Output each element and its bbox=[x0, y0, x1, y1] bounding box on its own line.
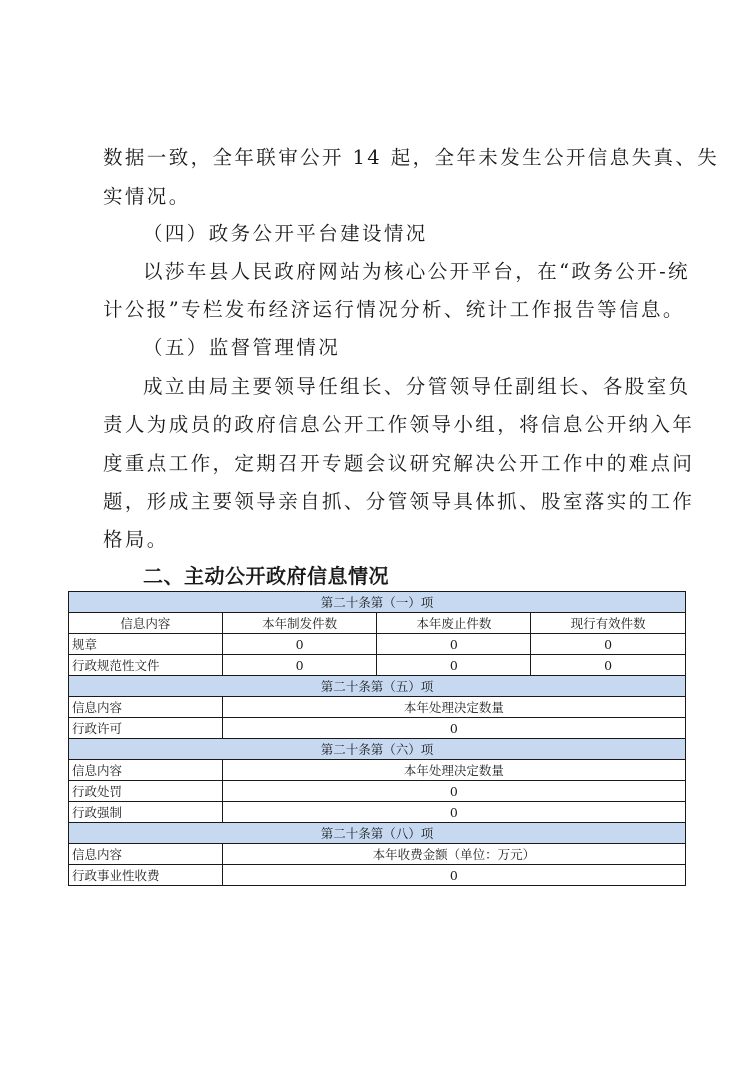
cell-value: 0 bbox=[222, 781, 685, 802]
column-header: 本年废止件数 bbox=[377, 613, 531, 634]
paragraph-line: 格局。 bbox=[103, 528, 169, 552]
subsection-heading-5: （五）监督管理情况 bbox=[143, 336, 340, 360]
section-row-5: 第二十条第（五）项 bbox=[69, 676, 686, 697]
paragraph-line: 成立由局主要领导任组长、分管领导任副组长、各股室负 bbox=[143, 375, 691, 399]
column-header: 信息内容 bbox=[69, 760, 223, 781]
row-label: 行政处罚 bbox=[69, 781, 223, 802]
section-heading: 二、主动公开政府信息情况 bbox=[143, 564, 389, 588]
cell-value: 0 bbox=[222, 655, 377, 676]
row-label: 行政规范性文件 bbox=[69, 655, 223, 676]
section-title: 第二十条第（八）项 bbox=[69, 823, 686, 844]
column-header: 本年收费金额（单位：万元） bbox=[222, 844, 685, 865]
column-header: 现行有效件数 bbox=[531, 613, 686, 634]
paragraph-line: 数据一致，全年联审公开 14 起，全年未发生公开信息失真、失 bbox=[103, 146, 719, 170]
header-row: 信息内容 本年处理决定数量 bbox=[69, 697, 686, 718]
paragraph-line: 题，形成主要领导亲自抓、分管领导具体抓、股室落实的工作 bbox=[103, 490, 694, 514]
table-row: 行政规范性文件 0 0 0 bbox=[69, 655, 686, 676]
paragraph-line: 责人为成员的政府信息公开工作领导小组，将信息公开纳入年 bbox=[103, 413, 694, 437]
table-row: 行政处罚 0 bbox=[69, 781, 686, 802]
section-title: 第二十条第（一）项 bbox=[69, 592, 686, 613]
table-row: 行政许可 0 bbox=[69, 718, 686, 739]
section-row-6: 第二十条第（六）项 bbox=[69, 739, 686, 760]
table-row: 规章 0 0 0 bbox=[69, 634, 686, 655]
section-row-8: 第二十条第（八）项 bbox=[69, 823, 686, 844]
cell-value: 0 bbox=[222, 865, 685, 886]
section-title: 第二十条第（五）项 bbox=[69, 676, 686, 697]
section-title: 第二十条第（六）项 bbox=[69, 739, 686, 760]
column-header: 信息内容 bbox=[69, 844, 223, 865]
header-row: 信息内容 本年处理决定数量 bbox=[69, 760, 686, 781]
column-header: 本年处理决定数量 bbox=[222, 760, 685, 781]
column-header: 信息内容 bbox=[69, 697, 223, 718]
row-label: 行政事业性收费 bbox=[69, 865, 223, 886]
row-label: 行政许可 bbox=[69, 718, 223, 739]
paragraph-line: 度重点工作，定期召开专题会议研究解决公开工作中的难点问 bbox=[103, 452, 694, 476]
cell-value: 0 bbox=[222, 802, 685, 823]
column-header: 本年处理决定数量 bbox=[222, 697, 685, 718]
table-row: 行政强制 0 bbox=[69, 802, 686, 823]
paragraph-line: 以莎车县人民政府网站为核心公开平台，在“政务公开-统 bbox=[143, 260, 690, 284]
header-row: 信息内容 本年制发件数 本年废止件数 现行有效件数 bbox=[69, 613, 686, 634]
table-row: 行政事业性收费 0 bbox=[69, 865, 686, 886]
paragraph-line: 实情况。 bbox=[103, 185, 191, 209]
column-header: 本年制发件数 bbox=[222, 613, 377, 634]
cell-value: 0 bbox=[377, 655, 531, 676]
header-row: 信息内容 本年收费金额（单位：万元） bbox=[69, 844, 686, 865]
row-label: 行政强制 bbox=[69, 802, 223, 823]
cell-value: 0 bbox=[377, 634, 531, 655]
cell-value: 0 bbox=[222, 634, 377, 655]
paragraph-line: 计公报”专栏发布经济运行情况分析、统计工作报告等信息。 bbox=[103, 298, 685, 322]
column-header: 信息内容 bbox=[69, 613, 223, 634]
row-label: 规章 bbox=[69, 634, 223, 655]
cell-value: 0 bbox=[531, 655, 686, 676]
cell-value: 0 bbox=[531, 634, 686, 655]
cell-value: 0 bbox=[222, 718, 685, 739]
section-row-1: 第二十条第（一）项 bbox=[69, 592, 686, 613]
disclosure-table: 第二十条第（一）项 信息内容 本年制发件数 本年废止件数 现行有效件数 规章 0… bbox=[68, 591, 686, 886]
subsection-heading-4: （四）政务公开平台建设情况 bbox=[143, 222, 428, 246]
